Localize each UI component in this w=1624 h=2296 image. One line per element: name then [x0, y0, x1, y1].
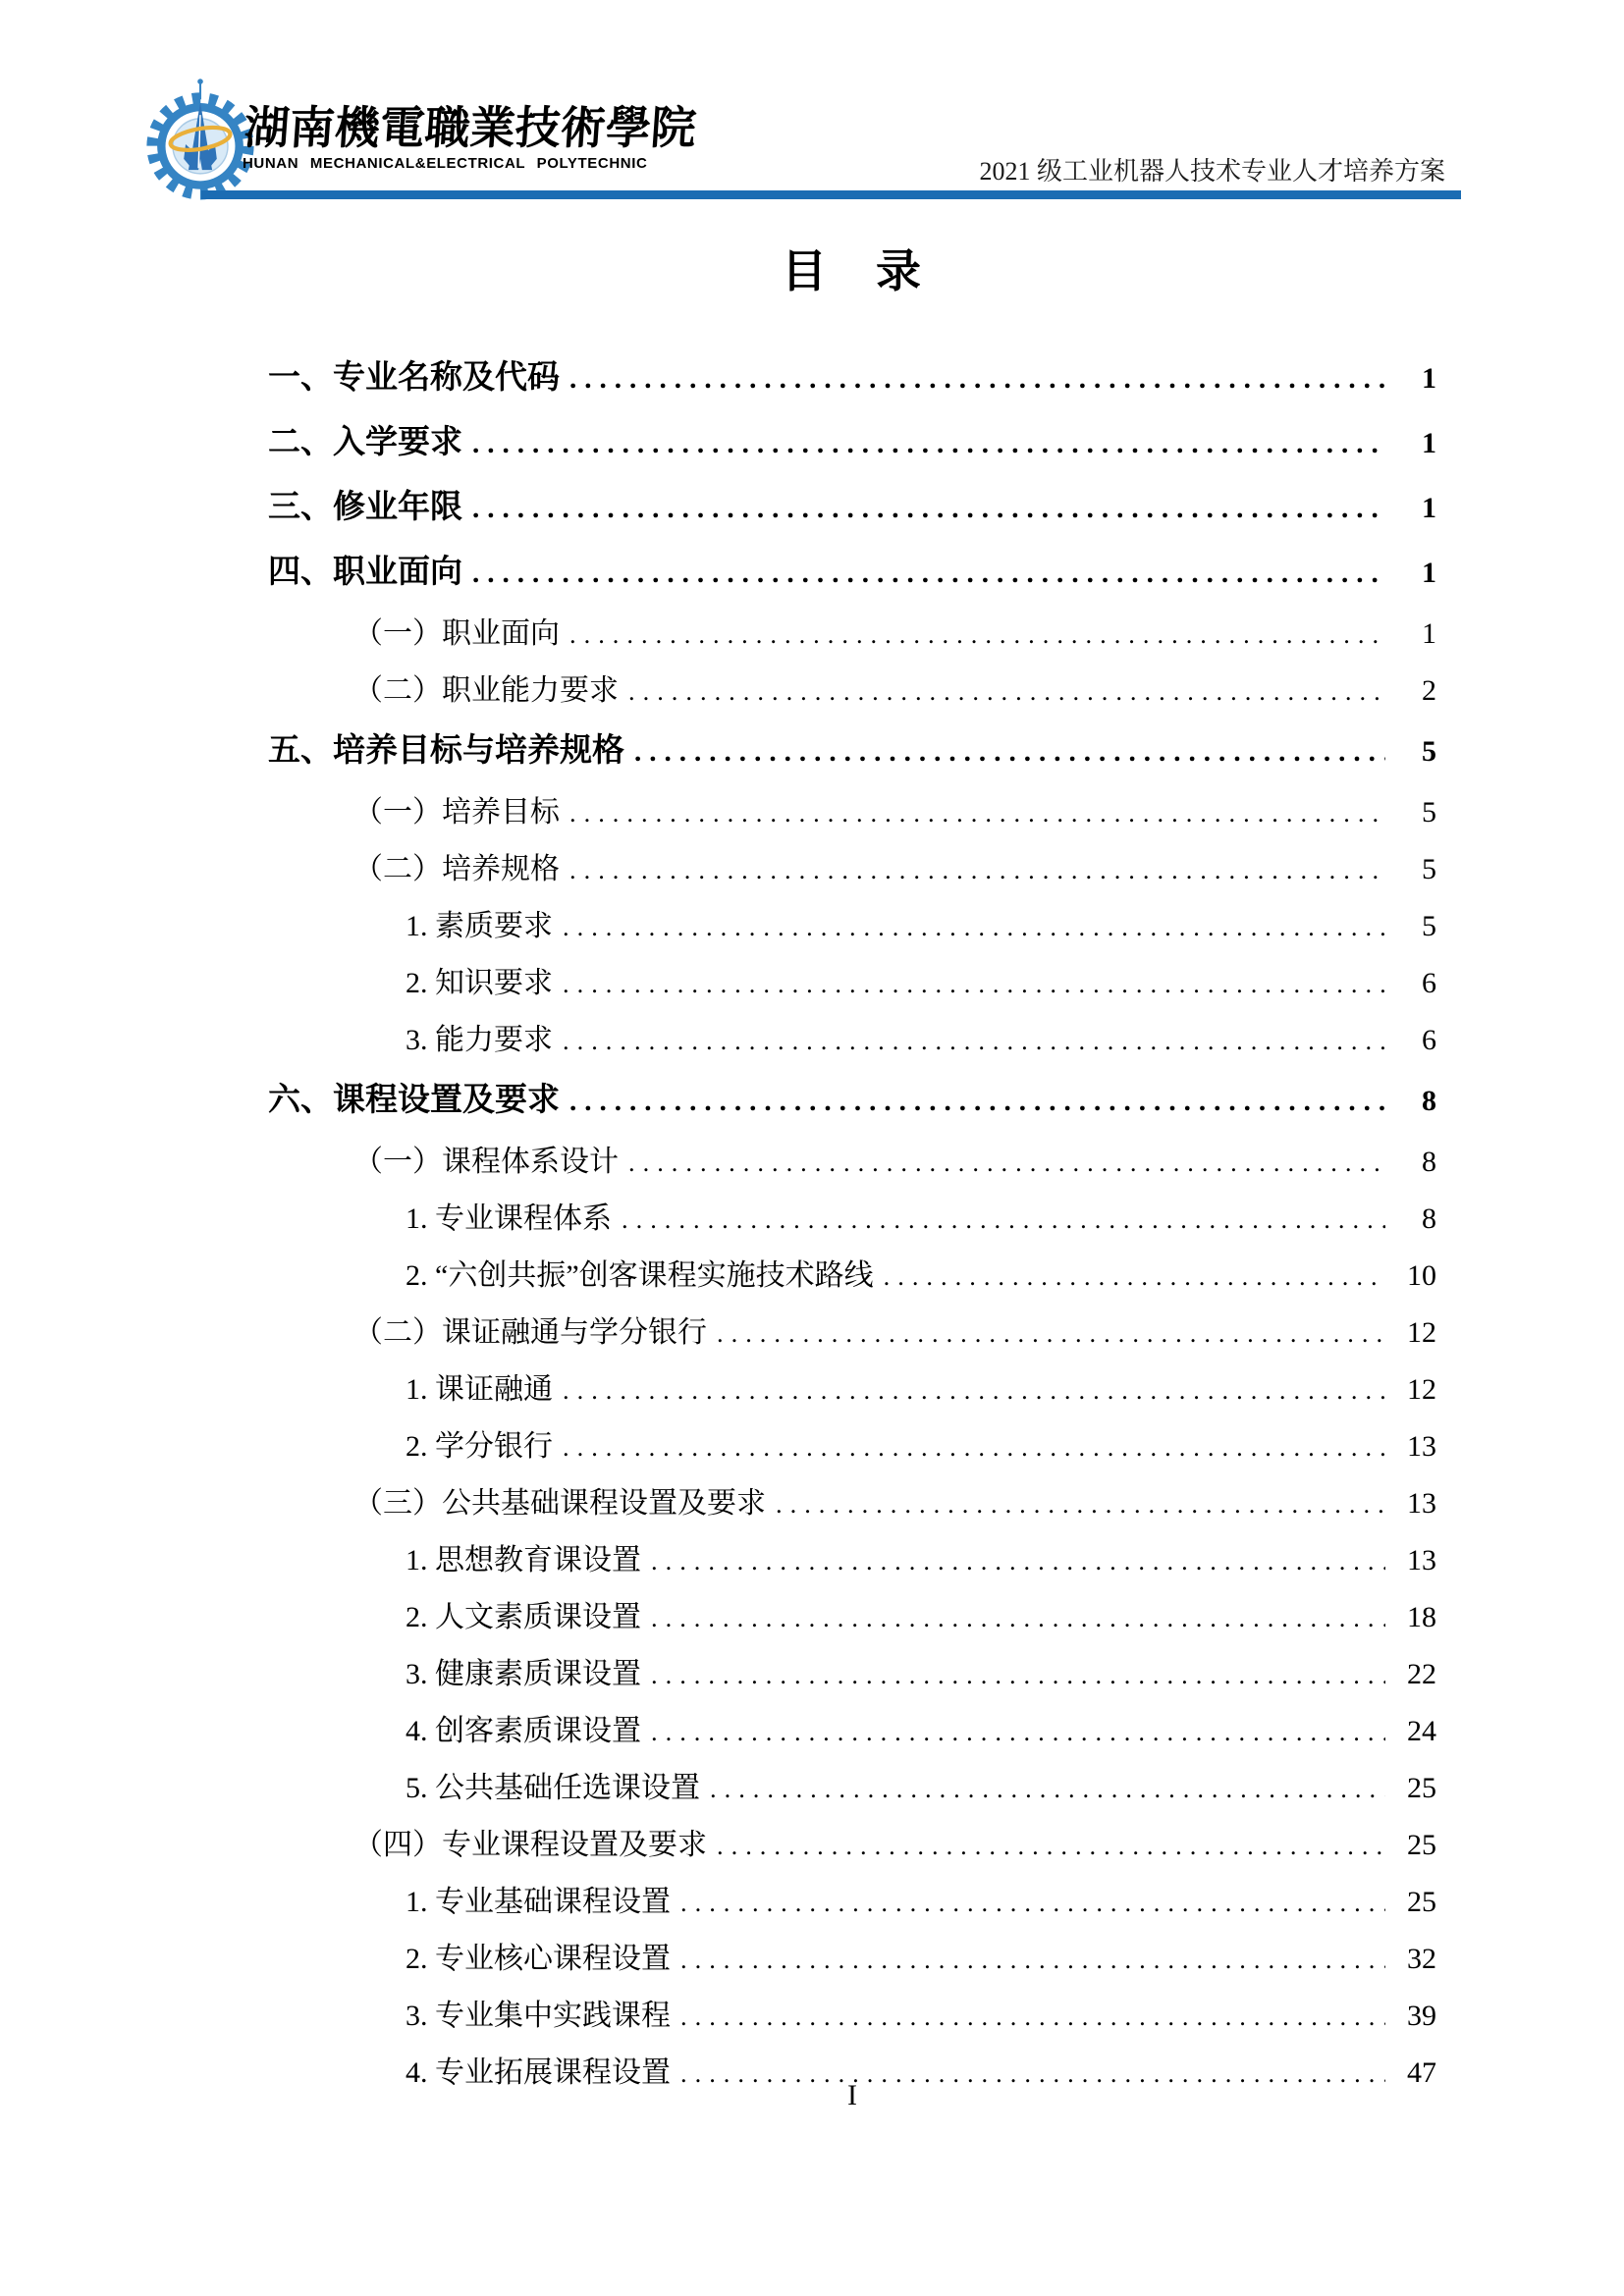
toc-entry[interactable]: （一）职业面向 ................................… — [268, 606, 1436, 663]
toc-section: 目 录 一、专业名称及代码 ..........................… — [0, 201, 1624, 2102]
school-logo-gear-icon — [145, 75, 255, 200]
document-subtitle: 2021 级工业机器人技术专业人才培养方案 — [979, 157, 1445, 187]
toc-entry[interactable]: 六、课程设置及要求 ..............................… — [268, 1069, 1436, 1134]
toc-entry[interactable]: 1. 素质要求 ................................… — [268, 898, 1436, 955]
toc-entry-label: （二）职业能力要求 — [268, 663, 619, 719]
toc-entry-page: 5 — [1391, 720, 1436, 783]
page-footer: I — [268, 2079, 1436, 2112]
school-name-calligraphy: 湖南機電職業技術學院 — [243, 104, 795, 153]
toc-entry[interactable]: 三、修业年限 .................................… — [268, 476, 1436, 541]
toc-entry-label: （二）培养规格 — [268, 841, 560, 897]
toc-entry-label: 3. 专业集中实践课程 — [268, 1988, 671, 2044]
toc-entry-page: 6 — [1391, 955, 1436, 1011]
toc-title: 目 录 — [268, 242, 1436, 301]
toc-entry-page: 39 — [1391, 1988, 1436, 2044]
toc-entry-page: 1 — [1391, 541, 1436, 605]
toc-leader-dots: ........................................… — [563, 1013, 1385, 1069]
toc-entry-label: 一、专业名称及代码 — [268, 347, 560, 410]
toc-leader-dots: ........................................… — [628, 664, 1385, 720]
toc-entry-page: 13 — [1391, 1532, 1436, 1588]
toc-entry[interactable]: 1. 课证融通 ................................… — [268, 1362, 1436, 1418]
document-page: 湖南機電職業技術學院 HUNAN MECHANICAL&ELECTRICAL P… — [0, 0, 1624, 2296]
toc-leader-dots: ........................................… — [717, 1306, 1385, 1362]
toc-leader-dots: ........................................… — [628, 1135, 1385, 1191]
toc-leader-dots: ........................................… — [710, 1761, 1385, 1817]
page-header: 湖南機電職業技術學院 HUNAN MECHANICAL&ELECTRICAL P… — [0, 0, 1624, 201]
toc-entry-page: 10 — [1391, 1248, 1436, 1304]
toc-leader-dots: ........................................… — [569, 842, 1385, 898]
toc-leader-dots: ........................................… — [563, 1419, 1385, 1475]
toc-leader-dots: ........................................… — [651, 1533, 1385, 1589]
toc-entry[interactable]: 2. 专业核心课程设置 ............................… — [268, 1931, 1436, 1988]
toc-entry-label: 1. 专业课程体系 — [268, 1191, 612, 1247]
toc-entry-page: 1 — [1391, 606, 1436, 662]
toc-entry-label: 3. 健康素质课设置 — [268, 1646, 641, 1702]
toc-entry[interactable]: 四、职业面向 .................................… — [268, 541, 1436, 606]
footer-page-number: I — [847, 2079, 857, 2111]
toc-entry-page: 2 — [1391, 663, 1436, 719]
toc-entry[interactable]: 2. 知识要求 ................................… — [268, 955, 1436, 1012]
toc-leader-dots: ........................................… — [634, 721, 1385, 784]
toc-entry-label: 4. 创客素质课设置 — [268, 1703, 641, 1759]
school-name-english: HUNAN MECHANICAL&ELECTRICAL POLYTECHNIC — [243, 155, 792, 172]
toc-leader-dots: ........................................… — [563, 956, 1385, 1012]
toc-leader-dots: ........................................… — [569, 1070, 1385, 1134]
toc-entry-label: 3. 能力要求 — [268, 1012, 553, 1068]
toc-entry[interactable]: 5. 公共基础任选课设置 ...........................… — [268, 1760, 1436, 1817]
toc-entry-label: 四、职业面向 — [268, 541, 462, 605]
toc-entry[interactable]: 1. 思想教育课设置 .............................… — [268, 1532, 1436, 1589]
toc-entry-page: 12 — [1391, 1305, 1436, 1361]
toc-entry-page: 18 — [1391, 1589, 1436, 1645]
toc-entry-label: 2. 知识要求 — [268, 955, 553, 1011]
toc-leader-dots: ........................................… — [651, 1647, 1385, 1703]
toc-leader-dots: ........................................… — [569, 785, 1385, 841]
toc-entry-label: 五、培养目标与培养规格 — [268, 720, 624, 783]
toc-entry[interactable]: 五、培养目标与培养规格 ............................… — [268, 720, 1436, 784]
toc-entry[interactable]: 1. 专业基础课程设置 ............................… — [268, 1874, 1436, 1931]
toc-list: 一、专业名称及代码 ..............................… — [268, 347, 1436, 2102]
toc-leader-dots: ........................................… — [717, 1818, 1385, 1874]
toc-entry[interactable]: 4. 创客素质课设置 .............................… — [268, 1703, 1436, 1760]
toc-entry[interactable]: （一）培养目标 ................................… — [268, 784, 1436, 841]
toc-entry-label: 5. 公共基础任选课设置 — [268, 1760, 700, 1816]
toc-entry-label: （三）公共基础课程设置及要求 — [268, 1475, 766, 1531]
toc-entry[interactable]: （三）公共基础课程设置及要求 .........................… — [268, 1475, 1436, 1532]
toc-leader-dots: ........................................… — [569, 347, 1385, 411]
toc-entry[interactable]: 3. 能力要求 ................................… — [268, 1012, 1436, 1069]
school-logo-text: 湖南機電職業技術學院 HUNAN MECHANICAL&ELECTRICAL P… — [243, 104, 792, 172]
toc-entry-label: 三、修业年限 — [268, 476, 462, 540]
toc-entry-page: 25 — [1391, 1817, 1436, 1873]
toc-entry[interactable]: 2. “六创共振”创客课程实施技术路线 ....................… — [268, 1248, 1436, 1305]
toc-entry-label: 六、课程设置及要求 — [268, 1069, 560, 1133]
toc-entry-label: 1. 课证融通 — [268, 1362, 553, 1417]
toc-entry-page: 22 — [1391, 1646, 1436, 1702]
toc-entry-page: 8 — [1391, 1134, 1436, 1190]
toc-entry-label: 2. 专业核心课程设置 — [268, 1931, 671, 1987]
toc-leader-dots: ........................................… — [884, 1249, 1385, 1305]
toc-entry-page: 1 — [1391, 476, 1436, 540]
toc-entry-page: 13 — [1391, 1475, 1436, 1531]
toc-leader-dots: ........................................… — [563, 1362, 1385, 1418]
toc-leader-dots: ........................................… — [680, 1932, 1385, 1988]
toc-entry-page: 1 — [1391, 347, 1436, 410]
toc-entry[interactable]: 3. 健康素质课设置 .............................… — [268, 1646, 1436, 1703]
toc-entry-page: 32 — [1391, 1931, 1436, 1987]
toc-leader-dots: ........................................… — [680, 1875, 1385, 1931]
toc-leader-dots: ........................................… — [651, 1704, 1385, 1760]
toc-entry[interactable]: 3. 专业集中实践课程 ............................… — [268, 1988, 1436, 2045]
toc-entry-label: （一）培养目标 — [268, 784, 560, 840]
toc-entry[interactable]: 2. 人文素质课设置 .............................… — [268, 1589, 1436, 1646]
toc-entry-page: 5 — [1391, 841, 1436, 897]
header-divider-line — [201, 190, 1461, 199]
toc-entry-page: 8 — [1391, 1191, 1436, 1247]
toc-entry-label: （一）职业面向 — [268, 606, 560, 662]
toc-entry[interactable]: 二、入学要求 .................................… — [268, 411, 1436, 476]
toc-entry-label: 二、入学要求 — [268, 411, 462, 475]
toc-leader-dots: ........................................… — [569, 607, 1385, 663]
toc-leader-dots: ........................................… — [472, 477, 1385, 541]
toc-entry-label: 2. “六创共振”创客课程实施技术路线 — [268, 1248, 874, 1304]
toc-entry-page: 25 — [1391, 1760, 1436, 1816]
toc-entry[interactable]: （二）培养规格 ................................… — [268, 841, 1436, 898]
toc-entry-label: 2. 人文素质课设置 — [268, 1589, 641, 1645]
toc-entry[interactable]: 2. 学分银行 ................................… — [268, 1418, 1436, 1475]
toc-entry-label: （一）课程体系设计 — [268, 1134, 619, 1190]
toc-leader-dots: ........................................… — [472, 412, 1385, 476]
toc-leader-dots: ........................................… — [776, 1476, 1385, 1532]
toc-entry[interactable]: （二）职业能力要求 ..............................… — [268, 663, 1436, 720]
toc-entry-page: 8 — [1391, 1069, 1436, 1133]
toc-leader-dots: ........................................… — [472, 542, 1385, 606]
toc-entry[interactable]: （一）课程体系设计 ..............................… — [268, 1134, 1436, 1191]
toc-entry[interactable]: （四）专业课程设置及要求 ...........................… — [268, 1817, 1436, 1874]
toc-entry[interactable]: 一、专业名称及代码 ..............................… — [268, 347, 1436, 411]
toc-entry-label: （二）课证融通与学分银行 — [268, 1305, 707, 1361]
toc-entry-page: 5 — [1391, 898, 1436, 954]
toc-leader-dots: ........................................… — [563, 899, 1385, 955]
toc-entry-label: 1. 思想教育课设置 — [268, 1532, 641, 1588]
toc-entry-label: （四）专业课程设置及要求 — [268, 1817, 707, 1873]
toc-entry-label: 1. 专业基础课程设置 — [268, 1874, 671, 1930]
toc-entry-page: 12 — [1391, 1362, 1436, 1417]
toc-entry-page: 6 — [1391, 1012, 1436, 1068]
toc-entry-page: 13 — [1391, 1418, 1436, 1474]
toc-entry-label: 2. 学分银行 — [268, 1418, 553, 1474]
toc-entry-page: 5 — [1391, 784, 1436, 840]
toc-leader-dots: ........................................… — [651, 1590, 1385, 1646]
toc-entry[interactable]: （二）课证融通与学分银行 ...........................… — [268, 1305, 1436, 1362]
toc-entry[interactable]: 1. 专业课程体系 ..............................… — [268, 1191, 1436, 1248]
toc-leader-dots: ........................................… — [680, 1989, 1385, 2045]
toc-entry-label: 1. 素质要求 — [268, 898, 553, 954]
toc-entry-page: 1 — [1391, 411, 1436, 475]
toc-entry-page: 25 — [1391, 1874, 1436, 1930]
toc-entry-page: 24 — [1391, 1703, 1436, 1759]
toc-leader-dots: ........................................… — [622, 1192, 1385, 1248]
